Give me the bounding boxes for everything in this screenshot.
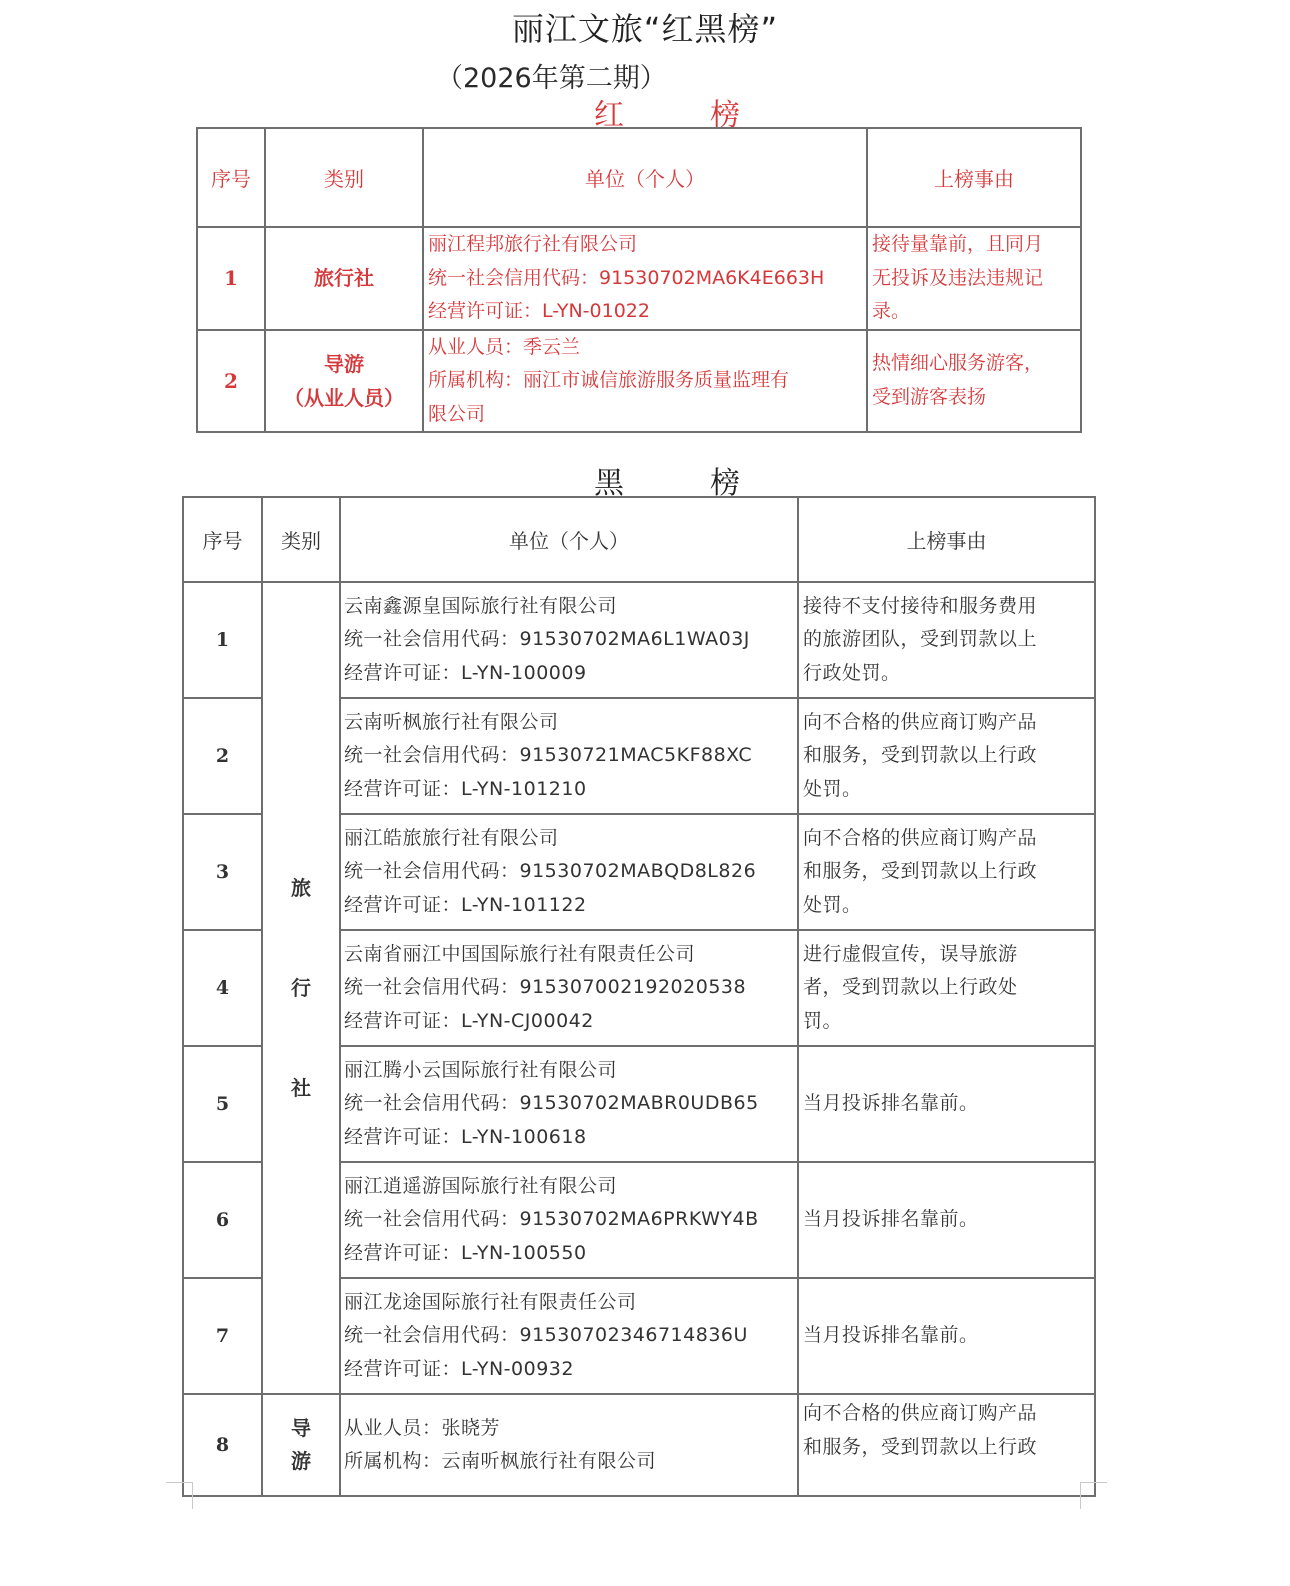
reason-line: 和服务，受到罚款以上行政 — [803, 855, 1094, 889]
row-unit: 丽江皓旅旅行社有限公司 统一社会信用代码：91530702MABQD8L826 … — [340, 814, 798, 930]
reason-line: 和服务，受到罚款以上行政 — [803, 739, 1094, 773]
row-index: 3 — [183, 814, 262, 930]
unit-license: 经营许可证：L-YN-100618 — [344, 1121, 797, 1155]
unit-license: 经营许可证：L-YN-100550 — [344, 1237, 797, 1271]
black-list-table: 序号 类别 单位（个人） 上榜事由 1 旅 行 社 云南鑫源皇国际旅行社有限公司… — [182, 496, 1096, 1497]
row-index: 1 — [197, 227, 265, 330]
row-reason: 当月投诉排名靠前。 — [798, 1162, 1095, 1278]
row-unit: 丽江龙途国际旅行社有限责任公司 统一社会信用代码：915307023467148… — [340, 1278, 798, 1394]
reason-line: 罚。 — [803, 1005, 1094, 1039]
category-char: 行 — [291, 938, 311, 1038]
unit-name: 云南省丽江中国国际旅行社有限责任公司 — [344, 938, 797, 972]
table-row: 1 旅 行 社 云南鑫源皇国际旅行社有限公司 统一社会信用代码：91530702… — [183, 582, 1095, 698]
unit-affiliation-cont: 限公司 — [428, 398, 866, 432]
unit-license: 经营许可证：L-YN-01022 — [428, 295, 866, 329]
reason-line: 者，受到罚款以上行政处 — [803, 971, 1094, 1005]
row-category: 旅行社 — [265, 227, 423, 330]
unit-name: 丽江逍遥游国际旅行社有限公司 — [344, 1170, 797, 1204]
unit-license: 经营许可证：L-YN-101122 — [344, 889, 797, 923]
row-reason: 热情细心服务游客， 受到游客表扬 — [867, 330, 1081, 433]
unit-name: 丽江皓旅旅行社有限公司 — [344, 822, 797, 856]
column-header-unit: 单位（个人） — [340, 497, 798, 582]
row-index: 4 — [183, 930, 262, 1046]
row-reason: 进行虚假宣传，误导旅游 者，受到罚款以上行政处 罚。 — [798, 930, 1095, 1046]
unit-credit-code: 统一社会信用代码：91530702MABQD8L826 — [344, 855, 797, 889]
row-reason: 接待不支付接待和服务费用 的旅游团队，受到罚款以上 行政处罚。 — [798, 582, 1095, 698]
reason-line: 进行虚假宣传，误导旅游 — [803, 938, 1094, 972]
page-crop-mark-right — [1080, 1482, 1107, 1509]
category-char: 游 — [291, 1445, 311, 1478]
unit-person: 从业人员：季云兰 — [428, 331, 866, 365]
reason-line: 接待量靠前，且同月 — [872, 228, 1080, 262]
table-row: 8 导 游 从业人员：张晓芳 所属机构：云南听枫旅行社有限公司 向不合格的供应商… — [183, 1394, 1095, 1496]
reason-line: 行政处罚。 — [803, 657, 1094, 691]
column-header-unit: 单位（个人） — [423, 128, 867, 227]
row-unit: 从业人员：张晓芳 所属机构：云南听枫旅行社有限公司 — [340, 1394, 798, 1496]
table-row: 1 旅行社 丽江程邦旅行社有限公司 统一社会信用代码：91530702MA6K4… — [197, 227, 1081, 330]
table-row: 2 导游 （从业人员） 从业人员：季云兰 所属机构：丽江市诚信旅游服务质量监理有… — [197, 330, 1081, 433]
reason-line: 录。 — [872, 295, 1080, 329]
table-header-row: 序号 类别 单位（个人） 上榜事由 — [183, 497, 1095, 582]
red-list-table: 序号 类别 单位（个人） 上榜事由 1 旅行社 丽江程邦旅行社有限公司 统一社会… — [196, 127, 1082, 433]
category-line: （从业人员） — [266, 381, 422, 415]
unit-credit-code: 统一社会信用代码：91530721MAC5KF88XC — [344, 739, 797, 773]
column-header-category: 类别 — [265, 128, 423, 227]
reason-line: 当月投诉排名靠前。 — [803, 1319, 1094, 1353]
reason-line: 当月投诉排名靠前。 — [803, 1203, 1094, 1237]
row-index: 5 — [183, 1046, 262, 1162]
reason-line: 向不合格的供应商订购产品 — [803, 1397, 1094, 1431]
row-index: 8 — [183, 1394, 262, 1496]
row-category: 导游 （从业人员） — [265, 330, 423, 433]
unit-license: 经营许可证：L-YN-00932 — [344, 1353, 797, 1387]
page-crop-mark-left — [166, 1482, 193, 1509]
row-unit: 丽江逍遥游国际旅行社有限公司 统一社会信用代码：91530702MA6PRKWY… — [340, 1162, 798, 1278]
row-reason: 接待量靠前，且同月 无投诉及违法违规记 录。 — [867, 227, 1081, 330]
column-header-reason: 上榜事由 — [798, 497, 1095, 582]
row-unit: 云南听枫旅行社有限公司 统一社会信用代码：91530721MAC5KF88XC … — [340, 698, 798, 814]
column-header-index: 序号 — [197, 128, 265, 227]
category-char: 旅 — [291, 838, 311, 938]
reason-line: 无投诉及违法违规记 — [872, 262, 1080, 296]
unit-affiliation: 所属机构：丽江市诚信旅游服务质量监理有 — [428, 364, 866, 398]
row-unit: 丽江腾小云国际旅行社有限公司 统一社会信用代码：91530702MABR0UDB… — [340, 1046, 798, 1162]
row-unit: 云南省丽江中国国际旅行社有限责任公司 统一社会信用代码：915307002192… — [340, 930, 798, 1046]
unit-name: 云南听枫旅行社有限公司 — [344, 706, 797, 740]
reason-line: 向不合格的供应商订购产品 — [803, 706, 1094, 740]
unit-name: 丽江腾小云国际旅行社有限公司 — [344, 1054, 797, 1088]
category-line: 导游 — [266, 347, 422, 381]
row-reason: 向不合格的供应商订购产品 和服务，受到罚款以上行政 — [798, 1394, 1095, 1496]
row-reason: 向不合格的供应商订购产品 和服务，受到罚款以上行政 处罚。 — [798, 698, 1095, 814]
row-index: 2 — [183, 698, 262, 814]
category-char: 导 — [291, 1412, 311, 1445]
unit-name: 丽江龙途国际旅行社有限责任公司 — [344, 1286, 797, 1320]
unit-license: 经营许可证：L-YN-101210 — [344, 773, 797, 807]
row-index: 6 — [183, 1162, 262, 1278]
row-reason: 当月投诉排名靠前。 — [798, 1046, 1095, 1162]
unit-credit-code: 统一社会信用代码：91530702MA6K4E663H — [428, 262, 866, 296]
row-reason: 当月投诉排名靠前。 — [798, 1278, 1095, 1394]
reason-line: 当月投诉排名靠前。 — [803, 1087, 1094, 1121]
reason-line: 热情细心服务游客， — [872, 347, 1080, 381]
unit-license: 经营许可证：L-YN-CJ00042 — [344, 1005, 797, 1039]
unit-name: 丽江程邦旅行社有限公司 — [428, 228, 866, 262]
row-unit: 丽江程邦旅行社有限公司 统一社会信用代码：91530702MA6K4E663H … — [423, 227, 867, 330]
reason-line: 的旅游团队，受到罚款以上 — [803, 623, 1094, 657]
column-header-reason: 上榜事由 — [867, 128, 1081, 227]
row-index: 7 — [183, 1278, 262, 1394]
reason-line: 向不合格的供应商订购产品 — [803, 822, 1094, 856]
row-index: 2 — [197, 330, 265, 433]
document-title: 丽江文旅“红黑榜” — [0, 4, 1290, 50]
table-header-row: 序号 类别 单位（个人） 上榜事由 — [197, 128, 1081, 227]
reason-line: 和服务，受到罚款以上行政 — [803, 1431, 1094, 1465]
reason-line: 处罚。 — [803, 889, 1094, 923]
unit-license: 经营许可证：L-YN-100009 — [344, 657, 797, 691]
row-index: 1 — [183, 582, 262, 698]
unit-credit-code: 统一社会信用代码：915307002192020538 — [344, 971, 797, 1005]
reason-line: 处罚。 — [803, 773, 1094, 807]
row-reason: 向不合格的供应商订购产品 和服务，受到罚款以上行政 处罚。 — [798, 814, 1095, 930]
row-unit: 从业人员：季云兰 所属机构：丽江市诚信旅游服务质量监理有 限公司 — [423, 330, 867, 433]
unit-credit-code: 统一社会信用代码：91530702MA6PRKWY4B — [344, 1203, 797, 1237]
reason-line: 接待不支付接待和服务费用 — [803, 590, 1094, 624]
unit-person: 从业人员：张晓芳 — [344, 1412, 797, 1446]
column-header-index: 序号 — [183, 497, 262, 582]
category-guide: 导 游 — [262, 1394, 340, 1496]
unit-affiliation: 所属机构：云南听枫旅行社有限公司 — [344, 1445, 797, 1479]
unit-credit-code: 统一社会信用代码：91530702MABR0UDB65 — [344, 1087, 797, 1121]
unit-credit-code: 统一社会信用代码：9153070234671483​6U — [344, 1319, 797, 1353]
reason-line: 受到游客表扬 — [872, 381, 1080, 415]
unit-name: 云南鑫源皇国际旅行社有限公司 — [344, 590, 797, 624]
row-unit: 云南鑫源皇国际旅行社有限公司 统一社会信用代码：91530702MA6L1WA0… — [340, 582, 798, 698]
unit-credit-code: 统一社会信用代码：91530702MA6L1WA03J — [344, 623, 797, 657]
category-char: 社 — [291, 1038, 311, 1138]
category-travel-agency: 旅 行 社 — [262, 582, 340, 1394]
column-header-category: 类别 — [262, 497, 340, 582]
